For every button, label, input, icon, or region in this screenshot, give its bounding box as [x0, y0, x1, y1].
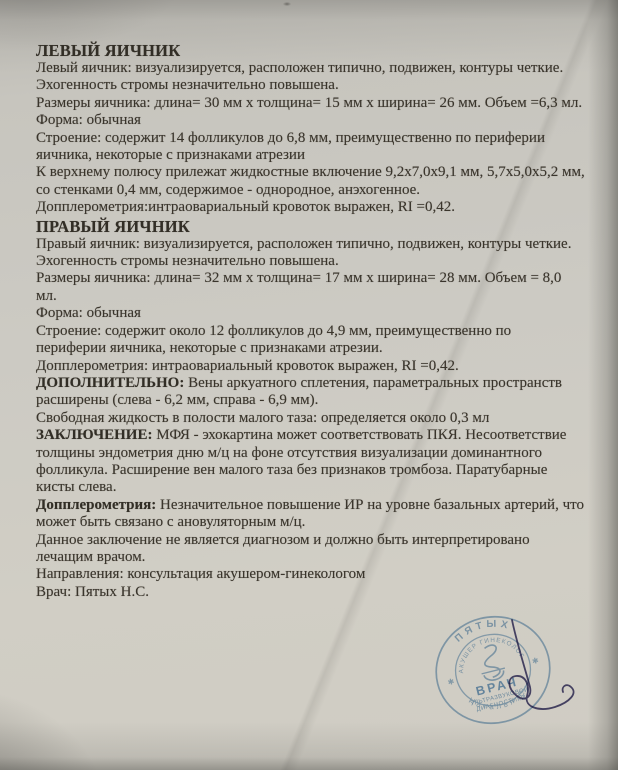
additional-paragraph: ДОПОЛНИТЕЛЬНО: Вены аркуатного сплетения…	[36, 375, 585, 410]
signature-stroke	[509, 620, 573, 709]
right-ovary-line: Форма: обычная	[36, 305, 585, 322]
left-ovary-line: Эхогенность стромы незначительно повышен…	[36, 77, 585, 94]
left-ovary-line: Строение: содержит 14 фолликулов до 6,8 …	[36, 130, 585, 165]
right-ovary-heading: ПРАВЫЙ ЯИЧНИК	[36, 217, 585, 236]
left-ovary-doppler: Допплерометрия:интраовариальный кровоток…	[36, 199, 585, 216]
free-fluid-line: Свободная жидкость в полости малого таза…	[36, 410, 585, 427]
referral-text: Направления: консультация акушером-гинек…	[36, 566, 585, 583]
right-ovary-line: Размеры яичника: длина= 32 мм х толщина=…	[36, 270, 585, 305]
right-ovary-line: Строение: содержит около 12 фолликулов д…	[36, 323, 585, 358]
left-ovary-heading: ЛЕВЫЙ ЯИЧНИК	[36, 41, 585, 60]
left-ovary-line: Форма: обычная	[36, 112, 585, 129]
document-photo: ЛЕВЫЙ ЯИЧНИК Левый яичник: визуализирует…	[0, 0, 618, 770]
disclaimer-text: Данное заключение не является диагнозом …	[36, 532, 585, 567]
doctor-name: Врач: Пятых Н.С.	[36, 584, 585, 601]
doppler-note-paragraph: Допплерометрия: Незначительное повышение…	[36, 497, 585, 532]
doppler-note-label: Допплерометрия:	[36, 497, 156, 513]
additional-label: ДОПОЛНИТЕЛЬНО:	[36, 375, 184, 391]
doctor-signature	[415, 608, 590, 723]
conclusion-paragraph: ЗАКЛЮЧЕНИЕ: МФЯ - эхокартина может соотв…	[36, 427, 585, 497]
left-ovary-line: Размеры яичника: длина= 30 мм х толщина=…	[36, 95, 585, 112]
left-ovary-line: Левый яичник: визуализируется, расположе…	[36, 60, 585, 77]
right-ovary-line: Правый яичник: визуализируется, располож…	[36, 236, 585, 253]
conclusion-label: ЗАКЛЮЧЕНИЕ:	[36, 427, 152, 443]
right-ovary-line: Эхогенность стромы незначительно повышен…	[36, 253, 585, 270]
left-ovary-line: К верхнему полюсу прилежат жидкостные вк…	[36, 164, 585, 199]
right-ovary-doppler: Допплерометрия: интраовариальный кровото…	[36, 358, 585, 375]
